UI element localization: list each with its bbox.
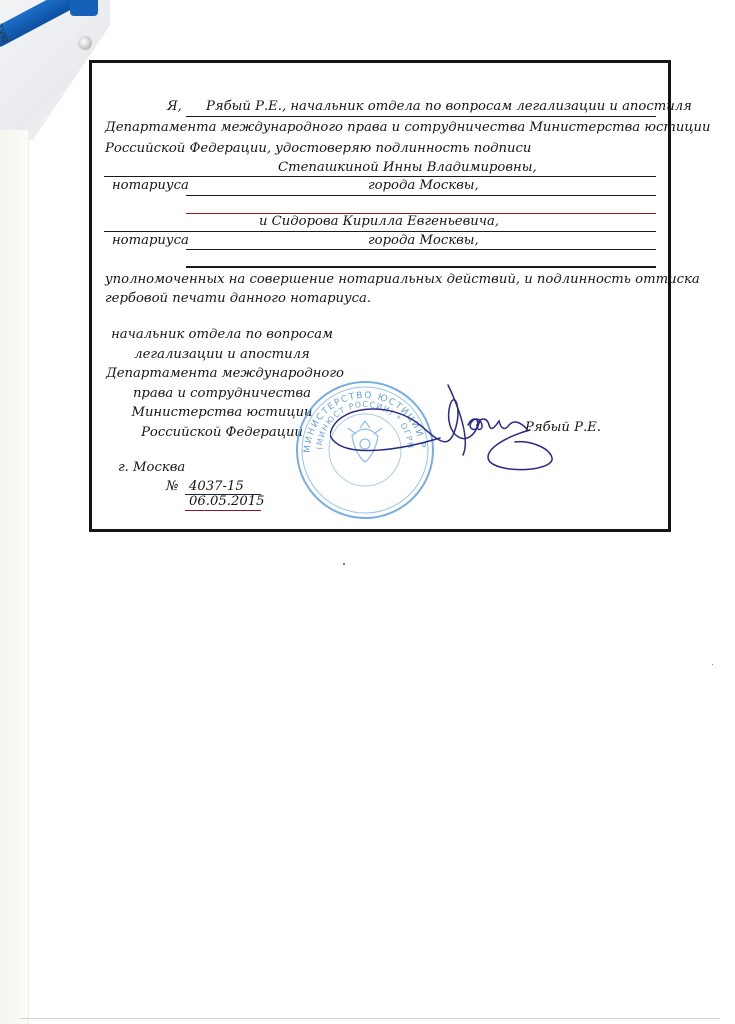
notary2-label: нотариуса <box>112 233 189 249</box>
place-of-issue: г. Москва <box>118 460 185 476</box>
text-closing-line2: гербовой печати данного нотариуса. <box>105 291 371 307</box>
notary2-name: и Сидорова Кирилла Евгеньевича, <box>259 214 499 230</box>
scan-speck <box>712 664 713 665</box>
signatory-line: начальник отдела по вопросам <box>106 325 338 345</box>
notary1-city: города Москвы, <box>368 178 479 194</box>
notary2-city: города Москвы, <box>368 233 479 249</box>
notary2-name-underline <box>104 231 656 232</box>
certificate-date: 06.05.2015 <box>189 494 265 510</box>
text-department-line: Департамента международного права и сотр… <box>105 120 711 136</box>
text-federation-line: Российской Федерации, удостоверяю подлин… <box>105 141 531 157</box>
scan-speck <box>343 563 345 565</box>
certificate-number: 4037-15 <box>189 479 244 495</box>
notary1-name-underline <box>104 176 656 177</box>
signatory-name: Рябый Р.Е. <box>525 420 601 436</box>
notary1-label: нотариуса <box>112 178 189 194</box>
notary1-name: Степашкиной Инны Владимировны, <box>278 160 537 176</box>
scan-bottom-edge <box>20 1018 720 1019</box>
certifier-underline <box>186 116 656 117</box>
certifier-name-and-title: Рябый Р.Е., начальник отдела по вопросам… <box>206 99 692 115</box>
notary2-blank-underline <box>186 266 656 268</box>
number-sign: № <box>166 479 178 495</box>
binding-strip <box>0 130 29 1024</box>
binding-ribbon-knot <box>70 0 98 16</box>
certificate-date-underline <box>185 510 261 511</box>
text-closing-line1: уполномоченных на совершение нотариальны… <box>105 272 700 288</box>
grommet-icon <box>78 36 92 50</box>
notary1-city-underline <box>186 195 656 196</box>
text-ya: Я, <box>167 99 182 115</box>
notary2-city-underline <box>186 249 656 250</box>
signatory-line: легализации и апостиля <box>106 345 338 365</box>
